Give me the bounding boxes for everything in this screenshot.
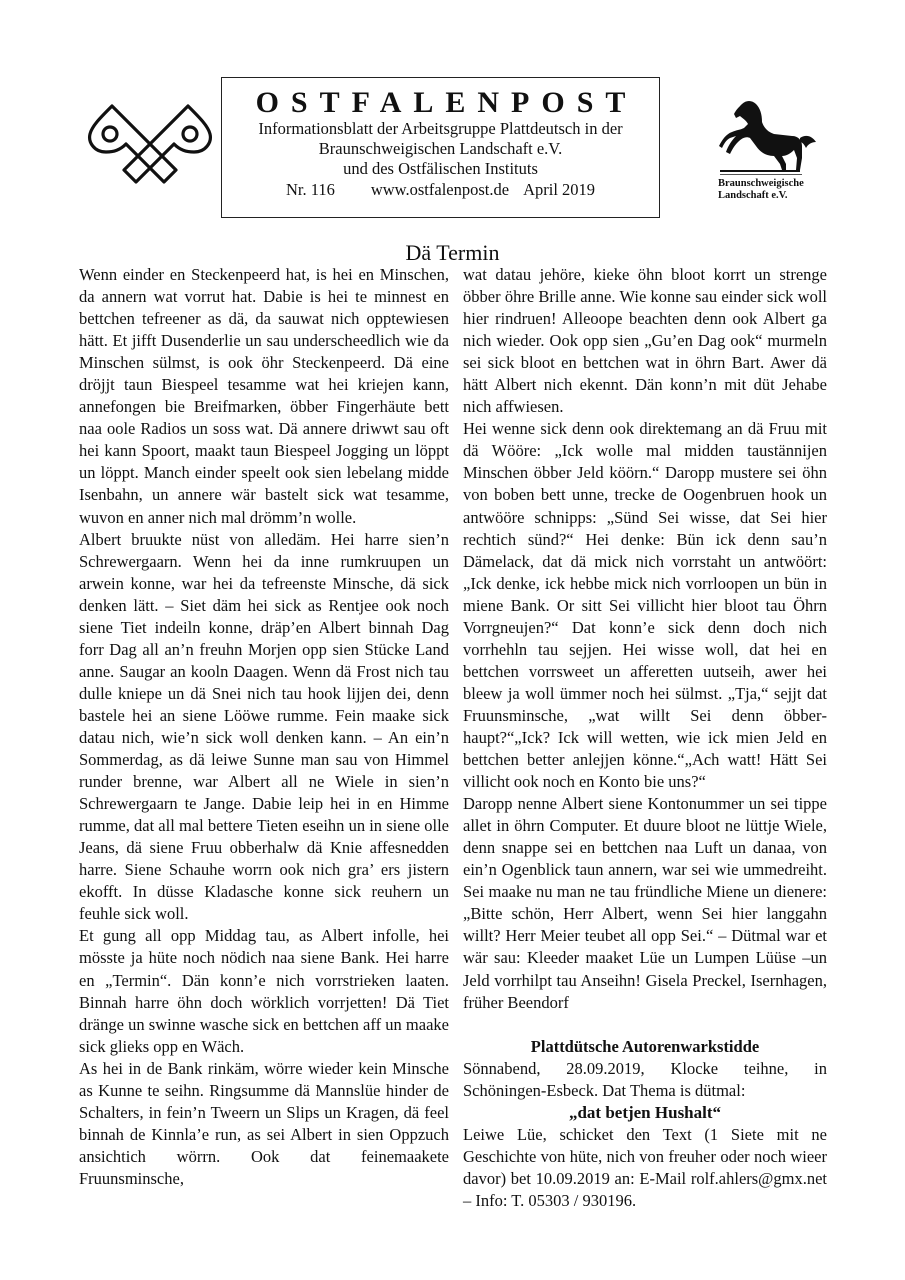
article-right-column: wat datau jehöre, kieke öhn bloot korrt … [463,264,827,1212]
article-paragraph: Et gung all opp Middag tau, as Albert in… [79,925,449,1057]
landschaft-logo: Braunschweigische Landschaft e.V. [716,98,824,218]
subtitle-line-3: und des Ostfälischen Instituts [222,159,659,179]
article-paragraph: As hei in de Bank rinkäm, wörre wieder k… [79,1058,449,1190]
article-paragraph: Wenn einder en Steckenpeerd hat, is hei … [79,264,449,529]
masthead-box: OSTFALENPOST Informationsblatt der Arbei… [221,77,660,218]
issue-number: Nr. 116 [286,179,335,201]
masthead-title: OSTFALENPOST [222,87,659,119]
rearing-horse-icon [716,98,820,176]
subtitle-line-2: Braunschweigischen Landschaft e.V. [222,139,659,159]
article-paragraph: Hei wenne sick denn ook direktemang an d… [463,418,827,793]
workshop-notice: Plattdütsche Autorenwarkstidde Sönnabend… [463,1036,827,1212]
article-paragraph: wat datau jehöre, kieke öhn bloot korrt … [463,264,827,418]
notice-theme: „dat betjen Hushalt“ [463,1102,827,1124]
website-link[interactable]: www.ostfalenpost.de [371,179,509,201]
article-title: Dä Termin [0,240,905,266]
notice-title: Plattdütsche Autorenwarkstidde [463,1036,827,1058]
notice-date-location: Sönnabend, 28.09.2019, Klocke teihne, in… [463,1058,827,1102]
logo-caption-line-1: Braunschweigische [718,178,824,190]
crossed-keys-icon [86,96,214,196]
issue-info: Nr. 116www.ostfalenpost.deApril 2019 [222,179,659,201]
issue-date: April 2019 [523,179,595,201]
notice-body: Leiwe Lüe, schicket den Text (1 Siete mi… [463,1124,827,1212]
article-paragraph: Daropp nenne Albert siene Kontonummer un… [463,793,827,1013]
article-left-column: Wenn einder en Steckenpeerd hat, is hei … [79,264,449,1190]
logo-caption: Braunschweigische Landschaft e.V. [718,178,824,202]
subtitle-line-1: Informationsblatt der Arbeitsgruppe Plat… [222,119,659,139]
article-paragraph: Albert bruukte nüst von alledäm. Hei har… [79,529,449,926]
logo-caption-line-2: Landschaft e.V. [718,190,824,202]
